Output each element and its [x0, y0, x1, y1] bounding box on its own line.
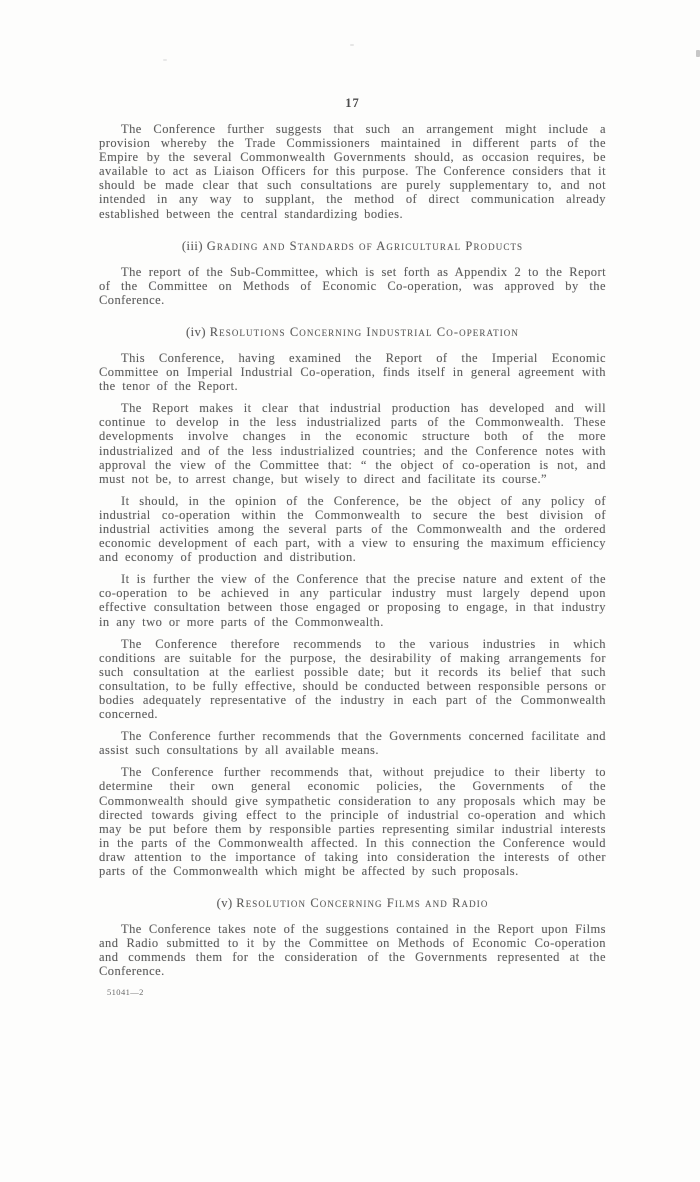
heading-prefix: (iv): [186, 325, 210, 339]
heading-title: Resolutions Concerning Industrial Co-ope…: [210, 325, 519, 339]
body-paragraph: The Conference takes note of the suggest…: [99, 922, 606, 978]
section-heading-v: (v) Resolution Concerning Films and Radi…: [99, 896, 606, 911]
body-paragraph: This Conference, having examined the Rep…: [99, 351, 606, 393]
scan-speck: [350, 44, 354, 46]
printer-code: 51041—2: [107, 987, 606, 997]
body-paragraph: The Conference therefore recommends to t…: [99, 637, 606, 722]
section-heading-iii: (iii) Grading and Standards of Agricultu…: [99, 239, 606, 254]
text-column: 17 The Conference further suggests that …: [99, 96, 606, 997]
body-paragraph: It is further the view of the Conference…: [99, 572, 606, 628]
body-paragraph: The report of the Sub-Committee, which i…: [99, 265, 606, 307]
body-paragraph: The Conference further recommends that, …: [99, 765, 606, 878]
scanned-document-page: 17 The Conference further suggests that …: [0, 0, 700, 1182]
body-paragraph: It should, in the opinion of the Confere…: [99, 494, 606, 564]
scan-speck: [163, 59, 167, 61]
heading-title: Grading and Standards of Agricultural Pr…: [207, 239, 523, 253]
body-paragraph: The Conference further suggests that suc…: [99, 122, 606, 221]
body-paragraph: The Report makes it clear that industria…: [99, 401, 606, 486]
scan-speck: [696, 50, 700, 57]
heading-title: Resolution Concerning Films and Radio: [236, 896, 488, 910]
heading-prefix: (v): [217, 896, 237, 910]
body-paragraph: The Conference further recommends that t…: [99, 729, 606, 757]
section-heading-iv: (iv) Resolutions Concerning Industrial C…: [99, 325, 606, 340]
heading-prefix: (iii): [182, 239, 207, 253]
page-number: 17: [99, 96, 606, 111]
